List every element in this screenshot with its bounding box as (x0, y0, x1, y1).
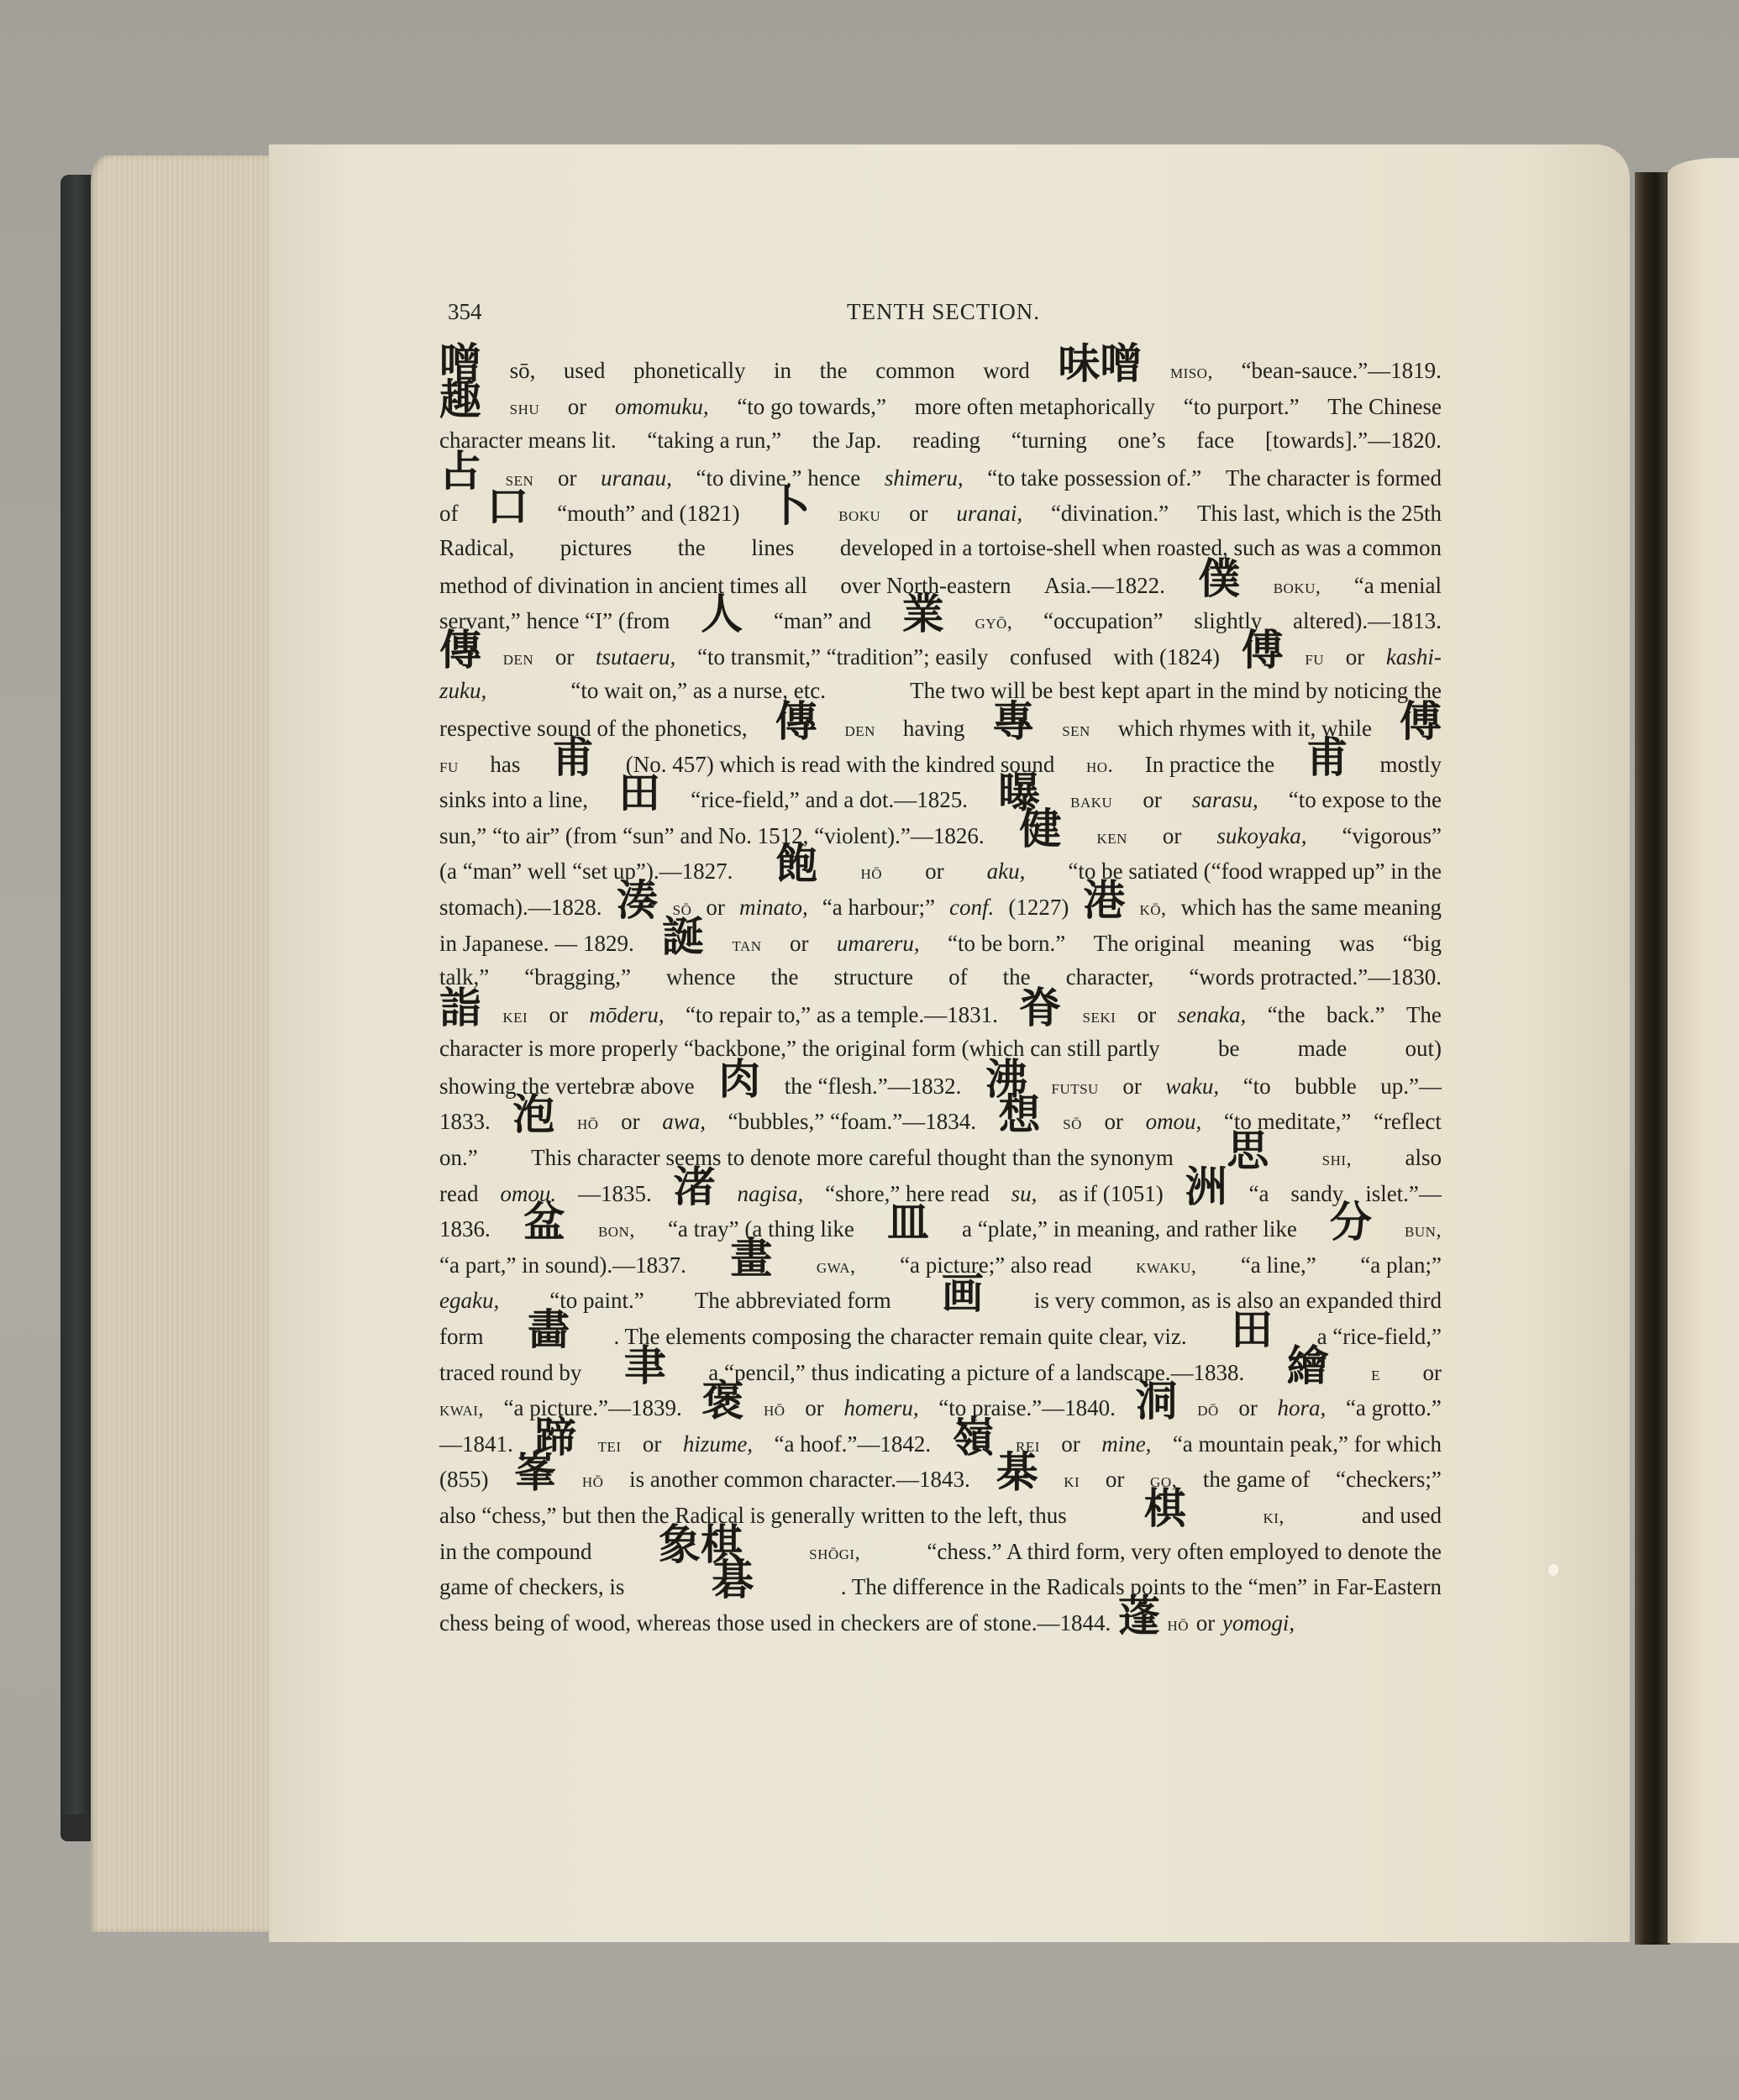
reading-italic: homeru, (843, 1390, 918, 1426)
reading-small-caps: kei (502, 999, 528, 1035)
text-run: stomach).—1828. (439, 890, 602, 926)
text-run: “reflect (1374, 1104, 1442, 1140)
text-line: game of checkers, is碁. The difference in… (439, 1567, 1442, 1604)
text-line: Radical,picturesthelinesdeveloped in a t… (439, 530, 1442, 566)
kanji-character: 傅 (1242, 638, 1284, 663)
text-run: “chess.” A third form, very often employ… (927, 1534, 1442, 1570)
kanji-character: 泡 (512, 1102, 554, 1127)
text-run: as if (1051) (1059, 1176, 1163, 1212)
kanji-character: 肉 (718, 1067, 760, 1092)
kanji-character: 傳 (439, 638, 481, 663)
reading-small-caps: seki (1083, 999, 1116, 1035)
reading-small-caps: hō (764, 1392, 785, 1428)
reading-italic: mōderu, (589, 997, 664, 1033)
reading-small-caps: baku (1070, 784, 1112, 820)
kanji-character: 碁 (712, 1567, 754, 1593)
text-line: character means lit.“taking a run,”the J… (439, 423, 1442, 459)
text-line: readomou.—1835.渚nagisa,“shore,” here rea… (439, 1174, 1442, 1210)
text-run: showing the vertebræ above (439, 1068, 695, 1105)
text-run: —1841. (439, 1426, 513, 1462)
reading-small-caps: bon, (598, 1213, 635, 1249)
kanji-character: 棊 (996, 1460, 1038, 1485)
kanji-character: 港 (1083, 888, 1125, 913)
page-stack-edge (91, 155, 276, 1932)
kanji-character: 思 (1227, 1138, 1269, 1163)
text-run: of (948, 959, 968, 995)
text-line: zuku,“to wait on,” as a nurse, etc.The t… (439, 673, 1442, 709)
text-run: —1835. (578, 1176, 652, 1212)
text-run: be (1218, 1031, 1239, 1067)
text-run: “a picture;” also read (900, 1247, 1092, 1284)
text-run: Asia.—1822. (1044, 568, 1165, 604)
text-run: made (1298, 1031, 1347, 1067)
text-run: “a plan;” (1360, 1247, 1442, 1284)
kanji-character: 峯 (514, 1460, 556, 1485)
text-run: lines (751, 530, 794, 566)
text-run: The character is formed (1226, 460, 1442, 496)
text-run: or (621, 1104, 640, 1140)
text-run: in the compound (439, 1534, 591, 1570)
text-run: In practice the (1145, 747, 1274, 783)
text-run: or (706, 890, 725, 926)
reading-small-caps: sō (1063, 1105, 1082, 1142)
text-run: on.” (439, 1140, 478, 1176)
text-run: “checkers;” (1336, 1462, 1442, 1498)
text-run: “bubbles,” “foam.”—1834. (728, 1104, 976, 1140)
text-run: game of checkers, is (439, 1569, 624, 1605)
text-run: or (1238, 1390, 1258, 1426)
text-run: (a “man” well “set up”).—1827. (439, 853, 733, 890)
reading-small-caps: miso, (1170, 354, 1213, 391)
text-run: and used (1362, 1498, 1442, 1534)
text-run: The Chinese (1327, 389, 1442, 425)
text-line: in Japanese. — 1829.誕tanorumareru,“to be… (439, 924, 1442, 960)
reading-italic: zuku, (439, 673, 486, 709)
reading-italic: uranai, (956, 496, 1022, 532)
text-run: meaning (1233, 926, 1311, 962)
text-line: fuhas甫(No. 457) which is read with the k… (439, 745, 1442, 781)
reading-italic: aku, (987, 853, 1026, 890)
text-run: reading (912, 423, 980, 459)
reading-small-caps: hō (577, 1105, 599, 1142)
text-run: the game of (1203, 1462, 1310, 1498)
text-run: or (1104, 1104, 1123, 1140)
text-line: kwai,“a picture.”—1839.褒hōorhomeru,“to p… (439, 1389, 1442, 1425)
text-run: more often metaphorically (915, 389, 1155, 425)
text-run: form (439, 1319, 483, 1355)
text-run: “big (1402, 926, 1442, 962)
text-run: face (1196, 423, 1234, 459)
kanji-character: 蹄 (534, 1425, 576, 1450)
text-run: “to take possession of.” (987, 460, 1201, 496)
text-run: “turning (1011, 423, 1087, 459)
text-run: The (1406, 997, 1442, 1033)
text-run: or (549, 997, 569, 1033)
text-line: (a “man” well “set up”).—1827.飽hōoraku,“… (439, 852, 1442, 888)
kanji-character: 噌 (439, 351, 481, 376)
reading-italic: conf. (949, 890, 994, 926)
text-run: whence (666, 959, 735, 995)
text-line: egaku,“to paint.”The abbreviated form画is… (439, 1281, 1442, 1317)
text-run: the (771, 959, 799, 995)
reading-small-caps: hō (1168, 1607, 1190, 1643)
text-line: talk,”“bragging,”whencethestructureofthe… (439, 959, 1442, 995)
page-header: 354 TENTH SECTION. (448, 299, 1439, 333)
text-run: “to repair to,” as a temple.—1831. (686, 997, 998, 1033)
text-run: in Japanese. — 1829. (439, 926, 634, 962)
text-run: “divination.” (1051, 496, 1169, 532)
reading-italic: egaku, (439, 1283, 499, 1319)
paper-speck (1548, 1564, 1558, 1576)
text-run: out) (1405, 1031, 1442, 1067)
kanji-character: 畵 (528, 1317, 570, 1342)
text-run: “words protracted.”—1830. (1189, 959, 1442, 995)
reading-small-caps: ki (1064, 1463, 1080, 1499)
reading-small-caps: den (845, 712, 875, 748)
text-run: or (1122, 1068, 1142, 1105)
text-run: having (903, 711, 965, 747)
reading-italic: waku, (1165, 1068, 1219, 1105)
text-run: method of divination in ancient times al… (439, 568, 807, 604)
reading-small-caps: kwai, (439, 1392, 484, 1428)
reading-italic: omou, (1146, 1104, 1202, 1140)
reading-small-caps: shi, (1322, 1142, 1352, 1178)
text-run: “a harbour;” (822, 890, 935, 926)
text-run: “man” and (774, 603, 871, 639)
text-run: or (805, 1390, 824, 1426)
reading-small-caps: ho. (1086, 748, 1113, 785)
text-run: “a (1248, 1176, 1269, 1212)
reading-small-caps: ki, (1263, 1499, 1284, 1536)
kanji-character: 渚 (674, 1174, 716, 1200)
kanji-character: 業 (902, 601, 944, 627)
kanji-character: 脊 (1019, 995, 1061, 1021)
text-run: a “rice-field,” (1317, 1319, 1442, 1355)
text-run: pictures (560, 530, 632, 566)
text-line: 1833.泡hōorawa,“bubbles,” “foam.”—1834.想s… (439, 1102, 1442, 1138)
reading-small-caps: ken (1096, 820, 1127, 856)
kanji-character: 傅 (1400, 709, 1442, 734)
text-run: . The elements composing the character r… (613, 1319, 1186, 1355)
reading-small-caps: den (503, 641, 533, 677)
text-run: developed in a tortoise-shell when roast… (840, 530, 1442, 566)
reading-small-caps: kō, (1139, 891, 1166, 927)
text-line: 占senoruranau,“to divine,” henceshimeru,“… (439, 459, 1442, 495)
kanji-character: 田 (618, 780, 660, 806)
text-run: [towards].”—1820. (1265, 423, 1442, 459)
text-run: “a hoof.”—1842. (774, 1426, 931, 1462)
reading-small-caps: gwa, (817, 1249, 856, 1285)
text-run: has (490, 747, 520, 783)
kanji-character: 皿 (887, 1210, 929, 1235)
kanji-character: 趣 (439, 387, 481, 412)
text-run: or (1196, 1605, 1216, 1641)
kanji-character: 繪 (1287, 1353, 1329, 1378)
kanji-character: 甫 (552, 745, 594, 770)
reading-small-caps: gyō, (975, 605, 1012, 641)
reading-small-caps: sen (1062, 712, 1090, 748)
kanji-character: 健 (1020, 816, 1062, 842)
reading-small-caps: shōgi, (809, 1536, 860, 1572)
text-run: “bean-sauce.”—1819. (1242, 353, 1442, 389)
text-run: of (439, 496, 459, 532)
text-run: confused (1010, 639, 1091, 675)
reading-small-caps: futsu (1051, 1070, 1098, 1106)
text-line: 趣shuoromomuku,“to go towards,”more often… (439, 387, 1442, 423)
text-run: sun,” “to air” (from “sun” and No. 1512,… (439, 818, 985, 854)
kanji-character: 誕 (662, 924, 704, 949)
text-line: —1841.蹄teiorhizume,“a hoof.”—1842.嶺reior… (439, 1425, 1442, 1461)
reading-italic: uranau, (601, 460, 672, 496)
kanji-character: 盆 (523, 1210, 565, 1235)
text-run: which has the same meaning (1181, 890, 1442, 926)
text-run: or (1163, 818, 1182, 854)
text-run: in (774, 353, 791, 389)
text-run: sō, (510, 353, 536, 389)
kanji-character: 洲 (1185, 1174, 1227, 1200)
text-run: or (1106, 1462, 1125, 1498)
text-run: the (820, 353, 848, 389)
text-line: chess being of wood, whereas those used … (439, 1604, 1442, 1640)
reading-italic: mine, (1101, 1426, 1151, 1462)
reading-italic: senaka, (1177, 997, 1246, 1033)
text-run: or (1061, 1426, 1080, 1462)
reading-small-caps: tan (732, 927, 761, 963)
text-run: mostly (1379, 747, 1442, 783)
text-run: is another common character.—1843. (629, 1462, 970, 1498)
text-line: of口“mouth” and (1821)卜bokuoruranai,“divi… (439, 494, 1442, 530)
kanji-character: 曝 (998, 780, 1040, 806)
text-run: “a picture.”—1839. (504, 1390, 682, 1426)
text-run: read (439, 1176, 478, 1212)
text-run: was (1339, 926, 1374, 962)
kanji-character: 味噌 (1058, 351, 1142, 376)
kanji-character: 沸 (985, 1067, 1027, 1092)
text-run: “a grotto.” (1346, 1390, 1442, 1426)
text-run: back.” (1327, 997, 1385, 1033)
kanji-character: 画 (942, 1281, 984, 1306)
reading-small-caps: e (1371, 1357, 1380, 1393)
text-line: sun,” “to air” (from “sun” and No. 1512,… (439, 816, 1442, 853)
text-run: the (678, 530, 706, 566)
text-run: “bragging,” (524, 959, 631, 995)
reading-italic: hizume, (683, 1426, 753, 1462)
text-run: or (790, 926, 809, 962)
reading-italic: tsutaeru, (596, 639, 675, 675)
kanji-character: 象棋 (659, 1532, 743, 1557)
text-run: or (1137, 997, 1157, 1033)
text-run: “mouth” and (1821) (557, 496, 739, 532)
text-run: (1227) (1008, 890, 1069, 926)
reading-italic: kashi- (1386, 639, 1442, 675)
book-cover-left-edge (60, 175, 94, 1838)
text-run: phonetically (633, 353, 745, 389)
text-run: a “plate,” in meaning, and rather like (962, 1211, 1297, 1247)
text-run: “to expose to the (1289, 782, 1442, 818)
kanji-character: 嶺 (953, 1425, 995, 1450)
text-run: or (925, 853, 944, 890)
text-run: “to purport.” (1184, 389, 1300, 425)
text-run: 1833. (439, 1104, 491, 1140)
text-run: “taking a run,” (647, 423, 781, 459)
text-run: “rice-field,” and a dot.—1825. (691, 782, 968, 818)
reading-italic: awa, (662, 1104, 706, 1140)
text-run: “the (1268, 997, 1306, 1033)
text-run: or (1346, 639, 1365, 675)
reading-small-caps: boku (838, 497, 880, 533)
text-line: showing the vertebræ above肉the “flesh.”—… (439, 1067, 1442, 1103)
reading-small-caps: fu (439, 748, 459, 785)
kanji-character: 口 (486, 494, 528, 519)
text-run: or (643, 1426, 662, 1462)
text-line: “a part,” in sound).—1837.畫gwa,“a pictur… (439, 1246, 1442, 1282)
reading-italic: omomuku, (615, 389, 709, 425)
reading-italic: minato, (739, 890, 808, 926)
text-line: 噌sō,usedphoneticallyinthecommonword味噌mis… (439, 351, 1442, 387)
reading-italic: sukoyaka, (1216, 818, 1306, 854)
kanji-character: 占 (439, 459, 481, 484)
text-run: one’s (1118, 423, 1166, 459)
text-run: or (909, 496, 928, 532)
text-run: “to be born.” (948, 926, 1065, 962)
text-line: 傳denortsutaeru,“to transmit,” “tradition… (439, 638, 1442, 674)
kanji-character: 詣 (439, 995, 481, 1021)
text-run: “to go towards,” (737, 389, 886, 425)
reading-italic: umareru, (837, 926, 920, 962)
text-run: “a line,” (1241, 1247, 1316, 1284)
text-run: “to transmit,” “tradition”; easily (697, 639, 988, 675)
text-line: 1836.盆bon,“a tray” (a thing like皿a “plat… (439, 1210, 1442, 1246)
reading-italic: sarasu, (1192, 782, 1258, 818)
kanji-character: 畫 (730, 1246, 772, 1271)
text-run: also (1405, 1140, 1442, 1176)
text-run: “occupation” (1043, 603, 1163, 639)
text-run: “a part,” in sound).—1837. (439, 1247, 686, 1284)
text-run: used (564, 353, 606, 389)
text-line: 詣keiormōderu,“to repair to,” as a temple… (439, 995, 1442, 1032)
reading-small-caps: hō (582, 1463, 604, 1499)
reading-italic: yomogi, (1222, 1605, 1295, 1641)
text-line: servant,” hence “I” (from人“man” and業gyō,… (439, 601, 1442, 638)
text-run: (No. 457) which is read with the kindred… (626, 747, 1055, 783)
text-run: chess being of wood, whereas those used … (439, 1605, 1111, 1641)
text-run: structure (834, 959, 913, 995)
facing-page-edge (1668, 158, 1739, 1943)
text-run: traced round by (439, 1355, 581, 1391)
dictionary-text-body: 噌sō,usedphoneticallyinthecommonword味噌mis… (439, 351, 1442, 1639)
text-line: in the compound象棋shōgi,“chess.” A third … (439, 1532, 1442, 1568)
reading-small-caps: bun, (1405, 1213, 1442, 1249)
text-run: also “chess,” but then the Radical is ge… (439, 1498, 1067, 1534)
text-run: or (558, 460, 577, 496)
text-run: “a menial (1354, 568, 1442, 604)
reading-italic: hora, (1278, 1390, 1327, 1426)
kanji-character: 洞 (1136, 1389, 1178, 1414)
kanji-character: 蓬 (1118, 1604, 1160, 1629)
text-run: islet.”— (1365, 1176, 1442, 1212)
text-run: (855) (439, 1462, 488, 1498)
kanji-character: 甫 (1306, 745, 1348, 770)
kanji-character: 僕 (1198, 566, 1240, 591)
text-line: traced round by聿a “pencil,” thus indicat… (439, 1353, 1442, 1389)
text-run: bubble (1295, 1068, 1357, 1105)
text-run: the Jap. (812, 423, 881, 459)
running-head: TENTH SECTION. (448, 299, 1439, 325)
text-run: “vigorous” (1342, 818, 1442, 854)
text-run: This last, which is the 25th (1197, 496, 1442, 532)
text-line: also “chess,” but then the Radical is ge… (439, 1496, 1442, 1532)
reading-italic: shimeru, (885, 460, 964, 496)
text-run: character is more properly “backbone,” t… (439, 1031, 1160, 1067)
text-run: This character seems to denote more care… (531, 1140, 1174, 1176)
text-run: or (1422, 1355, 1442, 1391)
reading-small-caps: kwaku, (1136, 1249, 1196, 1285)
kanji-character: 傳 (775, 709, 817, 734)
reading-italic: nagisa, (737, 1176, 803, 1212)
text-run: sinks into a line, (439, 782, 588, 818)
text-run: altered).—1813. (1293, 603, 1442, 639)
text-run: The two will be best kept apart in the m… (910, 673, 1442, 709)
text-run: or (555, 639, 575, 675)
reading-small-caps: tei (598, 1428, 622, 1464)
text-line: on.”This character seems to denote more … (439, 1138, 1442, 1174)
reading-small-caps: shu (510, 391, 540, 427)
text-run: 1836. (439, 1211, 491, 1247)
text-run: or (1143, 782, 1162, 818)
kanji-character: 想 (999, 1102, 1041, 1127)
text-run: The abbreviated form (695, 1283, 891, 1319)
text-run: up.”— (1380, 1068, 1442, 1105)
reading-italic: su, (1011, 1176, 1038, 1212)
kanji-character: 卜 (768, 494, 810, 519)
kanji-character: 棋 (1144, 1496, 1186, 1521)
reading-small-caps: fu (1305, 641, 1324, 677)
text-run: or (568, 389, 587, 425)
text-line: sinks into a line,田“rice-field,” and a d… (439, 780, 1442, 816)
kanji-character: 湊 (617, 888, 659, 913)
kanji-character: 人 (701, 601, 743, 627)
text-line: character is more properly “backbone,” t… (439, 1031, 1442, 1067)
text-run: word (983, 353, 1030, 389)
text-line: (855)峯hōis another common character.—184… (439, 1460, 1442, 1496)
text-run: with (1824) (1113, 639, 1220, 675)
text-run: “a mountain peak,” for which (1173, 1426, 1442, 1462)
kanji-character: 分 (1330, 1210, 1372, 1235)
kanji-character: 褒 (701, 1389, 743, 1414)
text-run: Radical, (439, 530, 514, 566)
kanji-character: 飽 (775, 852, 817, 877)
reading-small-caps: hō (860, 855, 882, 891)
text-run: “to (1243, 1068, 1271, 1105)
reading-small-caps: boku, (1274, 570, 1321, 606)
kanji-character: 田 (1231, 1317, 1273, 1342)
text-run: The original (1094, 926, 1206, 962)
text-run: the “flesh.”—1832. (785, 1068, 962, 1105)
text-run: character, (1066, 959, 1154, 995)
reading-small-caps: dō (1197, 1392, 1219, 1428)
text-line: stomach).—1828.湊sōorminato,“a harbour;”c… (439, 888, 1442, 924)
kanji-character: 聿 (624, 1353, 666, 1378)
book-gutter-spine (1635, 172, 1670, 1945)
kanji-character: 專 (992, 709, 1034, 734)
text-run: common (875, 353, 955, 389)
